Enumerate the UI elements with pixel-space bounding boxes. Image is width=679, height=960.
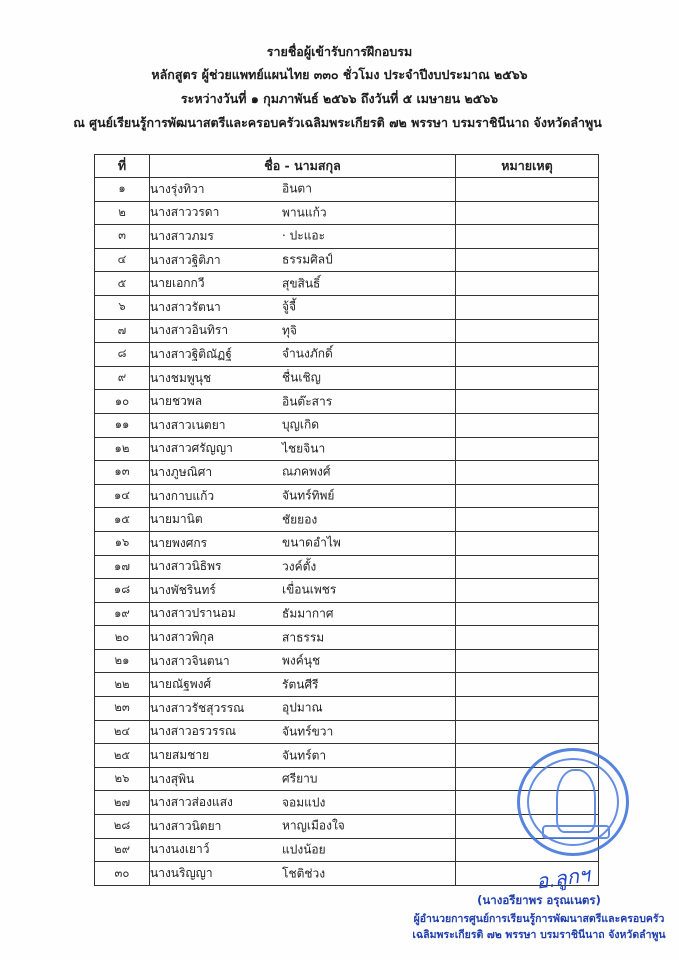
participant-name: นางสาวนิตยาหาญเมืองใจ: [150, 815, 456, 839]
column-header-remarks: หมายเหตุ: [456, 155, 599, 178]
column-header-number: ที่: [95, 155, 150, 178]
seal-deity-figure-icon: [556, 769, 596, 833]
given-name: นางกาบแก้ว: [150, 487, 250, 506]
surname: พานแก้ว: [282, 203, 327, 222]
given-name: นางพัชรินทร์: [150, 581, 250, 600]
participant-name: นางสาวจินตนาพงค์นุช: [150, 649, 456, 673]
surname: บุญเกิด: [282, 416, 319, 435]
signatory-name: (นางอรียาพร อรุณเนตร): [409, 892, 669, 910]
given-name: นางภูษณิศา: [150, 463, 250, 482]
table-row: ๘นางสาวฐิติณัฏฐ์จำนงภักดิ์: [95, 343, 599, 367]
surname: หาญเมืองใจ: [282, 817, 345, 836]
table-header-row: ที่ ชื่อ - นามสกุล หมายเหตุ: [95, 155, 599, 178]
surname: เขื่อนเพชร: [282, 581, 336, 600]
surname: ศรียาบ: [282, 770, 317, 789]
table-row: ๔นางสาวฐิติภาธรรมศิลป์: [95, 248, 599, 272]
row-number: ๑: [95, 178, 150, 202]
participant-name: นางชมพูนุชชื่นเชิญ: [150, 366, 456, 390]
table-row: ๒๒นายณัฐพงศ์รัตนศีรี: [95, 673, 599, 697]
participant-name: นายมานิตชัยยอง: [150, 508, 456, 532]
remarks-cell: [456, 484, 599, 508]
table-row: ๑๐นายชวพลอินต๊ะสาร: [95, 390, 599, 414]
remarks-cell: [456, 531, 599, 555]
table-row: ๑๒นางสาวศรัญญาไชยจินา: [95, 437, 599, 461]
participant-name: นายณัฐพงศ์รัตนศีรี: [150, 673, 456, 697]
row-number: ๑๐: [95, 390, 150, 414]
remarks-cell: [456, 437, 599, 461]
document-page: รายชื่อผู้เข้ารับการฝึกอบรม หลักสูตร ผู้…: [0, 0, 679, 960]
remarks-cell: [456, 390, 599, 414]
row-number: ๒๘: [95, 815, 150, 839]
participant-name: นายเอกกวีสุขสินธิ์: [150, 272, 456, 296]
row-number: ๒๙: [95, 838, 150, 862]
row-number: ๖: [95, 295, 150, 319]
participant-name: นายชวพลอินต๊ะสาร: [150, 390, 456, 414]
surname: ขนาดอำไพ: [282, 534, 341, 553]
participant-name: นางสาวเนตยาบุญเกิด: [150, 413, 456, 437]
participant-name: นางสาวรัชสุวรรณอุปมาณ: [150, 697, 456, 721]
given-name: นางชมพูนุช: [150, 369, 250, 388]
row-number: ๒๑: [95, 649, 150, 673]
given-name: นางสาวปรานอม: [150, 604, 250, 623]
table-row: ๓นางสาวภมร· ปะแอะ: [95, 225, 599, 249]
remarks-cell: [456, 343, 599, 367]
remarks-cell: [456, 697, 599, 721]
given-name: นายณัฐพงศ์: [150, 675, 250, 694]
surname: ธรรมศิลป์: [282, 251, 333, 270]
row-number: ๒: [95, 201, 150, 225]
surname: โชติช่วง: [282, 864, 325, 883]
participant-name: นางสาวรัตนาจู้จี้: [150, 295, 456, 319]
given-name: นายชวพล: [150, 392, 250, 411]
row-number: ๑๘: [95, 579, 150, 603]
column-header-name: ชื่อ - นามสกุล: [150, 155, 456, 178]
official-seal-stamp: [517, 748, 629, 856]
given-name: นางสุพิน: [150, 770, 250, 789]
given-name: นายสมชาย: [150, 746, 250, 765]
participant-name: นางสาวภมร· ปะแอะ: [150, 225, 456, 249]
surname: ชัยยอง: [282, 510, 317, 529]
remarks-cell: [456, 178, 599, 202]
participant-name: นางนริญญาโชติช่วง: [150, 862, 456, 886]
surname: วงค์ตั้ง: [282, 557, 316, 576]
surname: ไชยจินา: [282, 439, 325, 458]
given-name: นางสาวรัตนา: [150, 298, 250, 317]
row-number: ๓๐: [95, 862, 150, 886]
given-name: นางนริญญา: [150, 864, 250, 883]
participant-name: นางสาวศรัญญาไชยจินา: [150, 437, 456, 461]
given-name: นางสาววรดา: [150, 203, 250, 222]
row-number: ๑๑: [95, 413, 150, 437]
table-row: ๑นางรุ่งทิวาอินตา: [95, 178, 599, 202]
participant-name: นายพงศกรขนาดอำไพ: [150, 531, 456, 555]
table-row: ๑๙นางสาวปรานอมธัมมากาศ: [95, 602, 599, 626]
surname: จันทร์ตา: [282, 746, 326, 765]
remarks-cell: [456, 225, 599, 249]
row-number: ๗: [95, 319, 150, 343]
table-row: ๒๕นายสมชายจันทร์ตา: [95, 744, 599, 768]
surname: จอมแปง: [282, 793, 325, 812]
participant-name: นางสาวพิกุลสาธรรม: [150, 626, 456, 650]
table-row: ๑๓นางภูษณิศาณภคพงศ์: [95, 461, 599, 485]
surname: อินต๊ะสาร: [282, 392, 332, 411]
surname: จันทร์ขวา: [282, 722, 333, 741]
participant-name: นางสาวฐิติภาธรรมศิลป์: [150, 248, 456, 272]
given-name: นางสาวฐิติณัฏฐ์: [150, 345, 250, 364]
given-name: นางสาวฐิติภา: [150, 251, 250, 270]
surname: จู้จี้: [282, 298, 296, 317]
row-number: ๘: [95, 343, 150, 367]
row-number: ๑๙: [95, 602, 150, 626]
surname: สาธรรม: [282, 628, 324, 647]
participant-name: นางสาวอินทิราทุจิ: [150, 319, 456, 343]
participant-name: นางสุพินศรียาบ: [150, 767, 456, 791]
table-row: ๒๔นางสาวอรวรรณจันทร์ขวา: [95, 720, 599, 744]
given-name: นางสาวพิกุล: [150, 628, 250, 647]
table-row: ๑๔นางกาบแก้วจันทร์ทิพย์: [95, 484, 599, 508]
table-row: ๖นางสาวรัตนาจู้จี้: [95, 295, 599, 319]
row-number: ๒๐: [95, 626, 150, 650]
row-number: ๑๒: [95, 437, 150, 461]
remarks-cell: [456, 579, 599, 603]
table-row: ๒๑นางสาวจินตนาพงค์นุช: [95, 649, 599, 673]
participant-name: นางสาววรดาพานแก้ว: [150, 201, 456, 225]
table-row: ๑๘นางพัชรินทร์เขื่อนเพชร: [95, 579, 599, 603]
table-row: ๕นายเอกกวีสุขสินธิ์: [95, 272, 599, 296]
remarks-cell: [456, 649, 599, 673]
row-number: ๒๔: [95, 720, 150, 744]
participant-name: นายสมชายจันทร์ตา: [150, 744, 456, 768]
surname: ทุจิ: [282, 321, 297, 340]
surname: · ปะแอะ: [282, 227, 325, 246]
given-name: นางสาวเนตยา: [150, 416, 250, 435]
given-name: นายเอกกวี: [150, 274, 250, 293]
participant-name: นางพัชรินทร์เขื่อนเพชร: [150, 579, 456, 603]
table-row: ๒๐นางสาวพิกุลสาธรรม: [95, 626, 599, 650]
remarks-cell: [456, 319, 599, 343]
given-name: นางสาวภมร: [150, 227, 250, 246]
participant-name: นางสาวฐิติณัฏฐ์จำนงภักดิ์: [150, 343, 456, 367]
given-name: นางสาวส่องแสง: [150, 793, 250, 812]
remarks-cell: [456, 602, 599, 626]
surname: ธัมมากาศ: [282, 604, 334, 623]
table-row: ๓๐นางนริญญาโชติช่วง: [95, 862, 599, 886]
given-name: นางสาวอินทิรา: [150, 321, 250, 340]
table-row: ๑๕นายมานิตชัยยอง: [95, 508, 599, 532]
table-row: ๑๑นางสาวเนตยาบุญเกิด: [95, 413, 599, 437]
row-number: ๑๖: [95, 531, 150, 555]
participant-name: นางรุ่งทิวาอินตา: [150, 178, 456, 202]
participant-name: นางสาวส่องแสงจอมแปง: [150, 791, 456, 815]
table-row: ๗นางสาวอินทิราทุจิ: [95, 319, 599, 343]
participant-name: นางสาวนิธิพรวงค์ตั้ง: [150, 555, 456, 579]
surname: ณภคพงศ์: [282, 463, 330, 482]
row-number: ๓: [95, 225, 150, 249]
signatory-title-line1: ผู้อำนวยการศูนย์การเรียนรู้การพัฒนาสตรีแ…: [409, 910, 669, 927]
given-name: นายพงศกร: [150, 534, 250, 553]
surname: พงค์นุช: [282, 652, 320, 671]
venue-line: ณ ศูนย์เรียนรู้การพัฒนาสตรีและครอบครัวเฉ…: [0, 113, 677, 133]
row-number: ๑๗: [95, 555, 150, 579]
remarks-cell: [456, 272, 599, 296]
remarks-cell: [456, 295, 599, 319]
given-name: นางสาวนิธิพร: [150, 557, 250, 576]
row-number: ๙: [95, 366, 150, 390]
given-name: นางนงเยาว์: [150, 840, 250, 859]
row-number: ๒๓: [95, 697, 150, 721]
row-number: ๒๕: [95, 744, 150, 768]
given-name: นางสาวจินตนา: [150, 652, 250, 671]
row-number: ๔: [95, 248, 150, 272]
given-name: นางสาวนิตยา: [150, 817, 250, 836]
row-number: ๕: [95, 272, 150, 296]
surname: จำนงภักดิ์: [282, 345, 333, 364]
table-row: ๑๗นางสาวนิธิพรวงค์ตั้ง: [95, 555, 599, 579]
participant-name: นางนงเยาว์แปงน้อย: [150, 838, 456, 862]
surname: จันทร์ทิพย์: [282, 487, 334, 506]
surname: อุปมาณ: [282, 699, 323, 718]
surname: ชื่นเชิญ: [282, 369, 321, 388]
row-number: ๑๔: [95, 484, 150, 508]
document-title: รายชื่อผู้เข้ารับการฝึกอบรม: [0, 42, 679, 62]
remarks-cell: [456, 626, 599, 650]
signatory-title-line2: เฉลิมพระเกียรติ ๗๒ พรรษา บรมราชินีนาถ จั…: [409, 926, 669, 943]
row-number: ๒๒: [95, 673, 150, 697]
table-row: ๒๙นางนงเยาว์แปงน้อย: [95, 838, 599, 862]
participant-name: นางสาวปรานอมธัมมากาศ: [150, 602, 456, 626]
table-row: ๒นางสาววรดาพานแก้ว: [95, 201, 599, 225]
course-line: หลักสูตร ผู้ช่วยแพทย์แผนไทย ๓๓๐ ชั่วโมง …: [0, 65, 679, 85]
given-name: นางสาวรัชสุวรรณ: [150, 699, 250, 718]
remarks-cell: [456, 413, 599, 437]
surname: แปงน้อย: [282, 840, 326, 859]
remarks-cell: [456, 508, 599, 532]
surname: รัตนศีรี: [282, 675, 319, 694]
given-name: นางรุ่งทิวา: [150, 180, 250, 199]
row-number: ๒๗: [95, 791, 150, 815]
table-row: ๙นางชมพูนุชชื่นเชิญ: [95, 366, 599, 390]
given-name: นางสาวศรัญญา: [150, 439, 250, 458]
remarks-cell: [456, 555, 599, 579]
remarks-cell: [456, 248, 599, 272]
participant-name: นางสาวอรวรรณจันทร์ขวา: [150, 720, 456, 744]
participant-name: นางภูษณิศาณภคพงศ์: [150, 461, 456, 485]
participant-name: นางกาบแก้วจันทร์ทิพย์: [150, 484, 456, 508]
seal-base-icon: [542, 825, 610, 839]
remarks-cell: [456, 201, 599, 225]
remarks-cell: [456, 720, 599, 744]
remarks-cell: [456, 366, 599, 390]
remarks-cell: [456, 673, 599, 697]
row-number: ๑๓: [95, 461, 150, 485]
row-number: ๒๖: [95, 767, 150, 791]
remarks-cell: [456, 461, 599, 485]
given-name: นางสาวอรวรรณ: [150, 722, 250, 741]
surname: สุขสินธิ์: [282, 274, 320, 293]
table-row: ๒๓นางสาวรัชสุวรรณอุปมาณ: [95, 697, 599, 721]
date-range-line: ระหว่างวันที่ ๑ กุมภาพันธ์ ๒๕๖๖ ถึงวันที…: [0, 89, 679, 109]
surname: อินตา: [282, 180, 312, 199]
row-number: ๑๕: [95, 508, 150, 532]
given-name: นายมานิต: [150, 510, 250, 529]
table-row: ๑๖นายพงศกรขนาดอำไพ: [95, 531, 599, 555]
